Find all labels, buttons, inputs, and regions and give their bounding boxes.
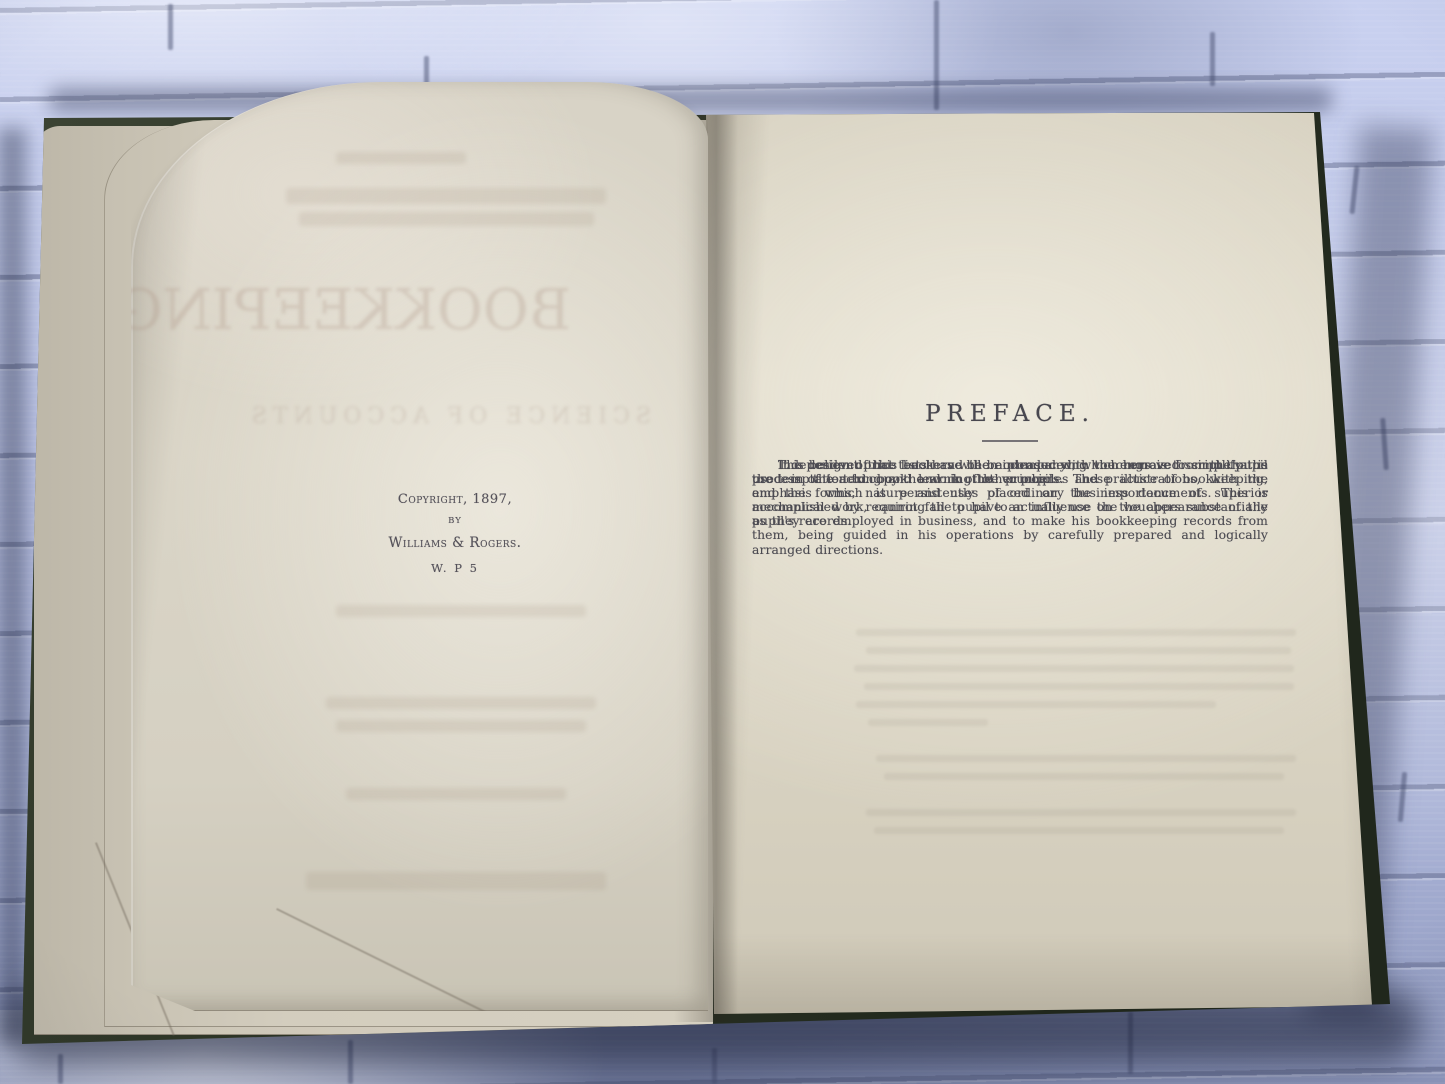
preface-text-block: PREFACE. The design of this book and the…: [752, 401, 1268, 458]
preface-divider-rule: [982, 440, 1038, 442]
copyright-line: BY: [325, 516, 585, 526]
preface-heading: PREFACE.: [752, 401, 1268, 427]
preface-page: PREFACE. The design of this book and the…: [706, 112, 1390, 1015]
ghost-mirrored-title: BOOKKEEPING: [171, 278, 571, 343]
bleedthrough-line: [876, 755, 1296, 762]
bleedthrough-line: [868, 719, 988, 726]
book-shadow-top: [48, 88, 1333, 112]
bleedthrough-line: [864, 683, 1294, 690]
ghost-mirrored-subtitle: SCIENCE OF ACCOUNTS: [251, 404, 651, 429]
bleedthrough-line: [346, 788, 566, 800]
bleedthrough-line: [866, 809, 1296, 816]
bleedthrough-line: [299, 212, 594, 226]
mortar-joint: [168, 4, 173, 50]
bleedthrough-line: [884, 773, 1284, 780]
bleedthrough-line: [874, 827, 1284, 834]
bleedthrough-line: [336, 605, 586, 617]
bleedthrough-line: [286, 188, 606, 204]
bleedthrough-line: [336, 720, 586, 732]
copyright-page: BOOKKEEPING SCIENCE OF ACCOUNTS Copyrigh…: [131, 82, 708, 1011]
bleedthrough-line: [854, 665, 1294, 672]
book-shadow-left: [0, 128, 26, 1043]
bleedthrough-line: [306, 872, 606, 890]
copyright-block: Copyright, 1897, BY Williams & Rogers. W…: [325, 492, 585, 575]
preface-paragraph: It is believed that teachers will be ple…: [752, 458, 1268, 528]
bleedthrough-line: [326, 697, 596, 709]
bleedthrough-line: [856, 629, 1296, 636]
bleedthrough-line: [336, 152, 466, 164]
bleedthrough-line: [866, 647, 1291, 654]
mortar-joint: [1210, 32, 1215, 86]
copyright-line: W. P 5: [325, 561, 585, 575]
copyright-line: Williams & Rogers.: [325, 535, 585, 551]
copyright-line: Copyright, 1897,: [325, 492, 585, 507]
bleedthrough-line: [856, 701, 1216, 708]
book-photo-scene: PREFACE. The design of this book and the…: [0, 0, 1445, 1084]
